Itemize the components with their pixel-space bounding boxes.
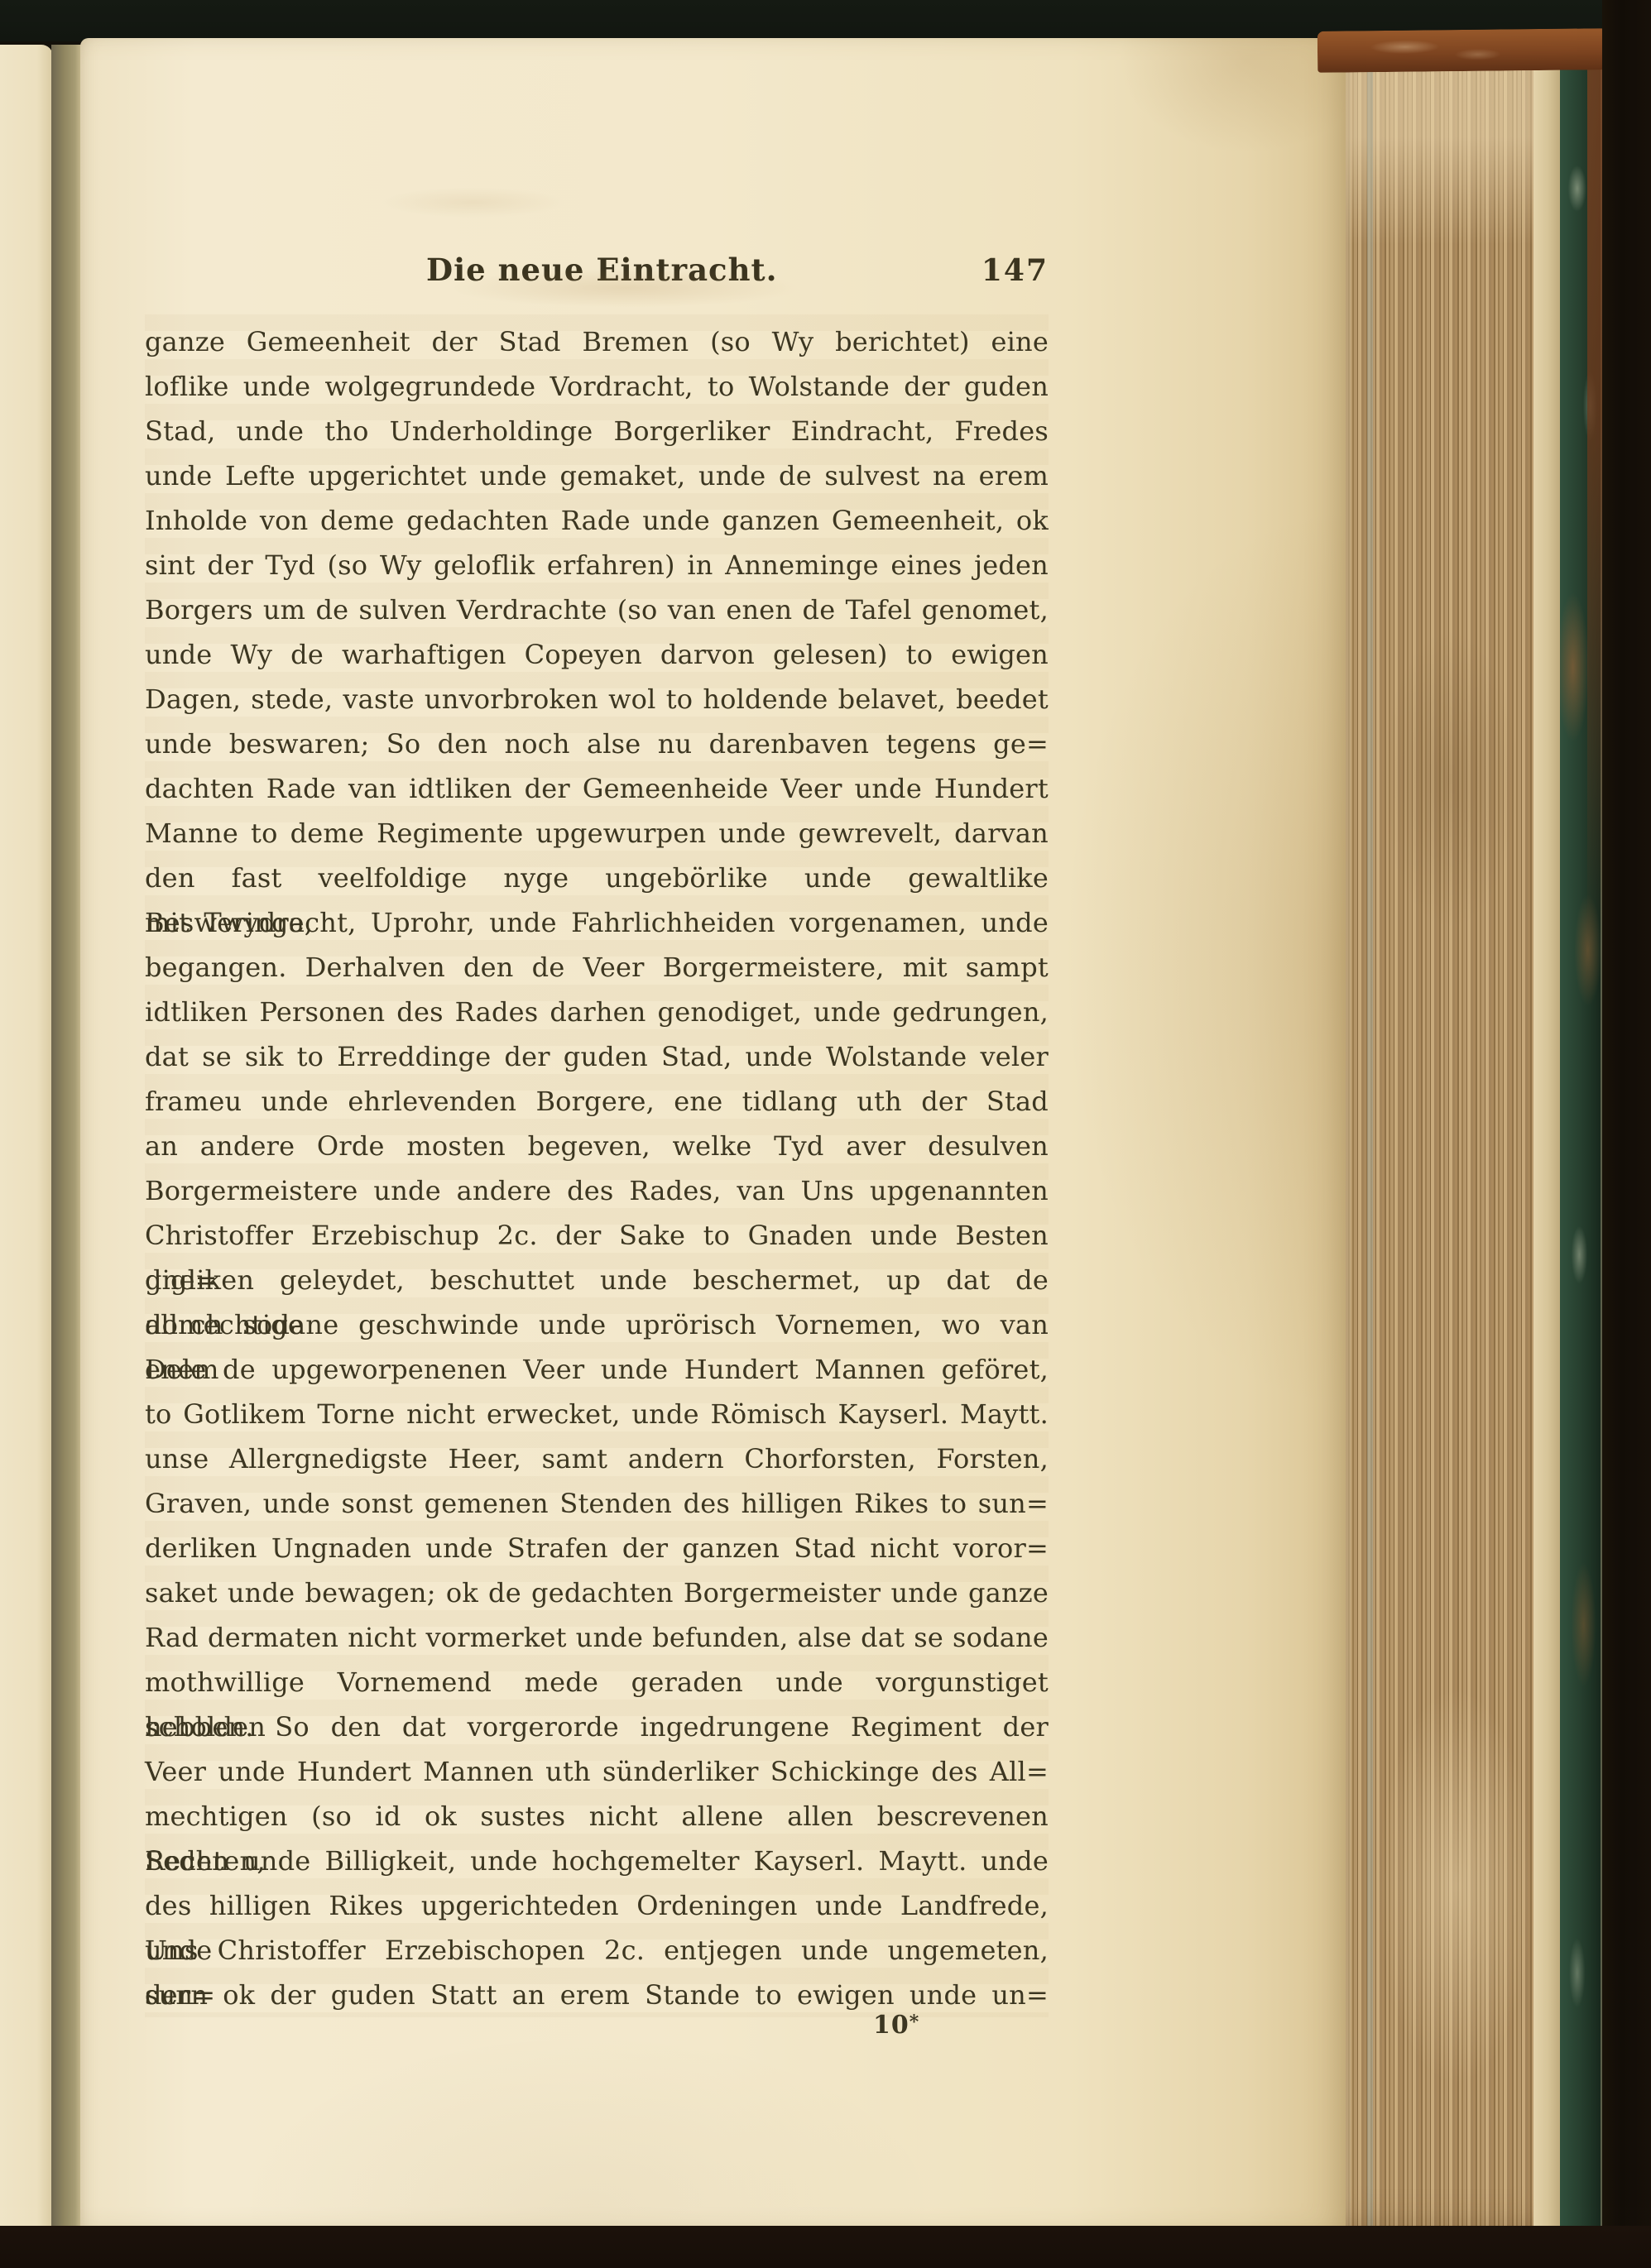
signature-mark: 10* <box>873 2011 919 2040</box>
text-line: digliken geleydet, beschuttet unde besch… <box>145 1258 1049 1302</box>
text-line: dachten Rade van idtliken der Gemeenheid… <box>145 766 1049 811</box>
text-line: derliken Ungnaden unde Strafen der ganze… <box>145 1526 1049 1570</box>
text-line: mechtigen (so id ok sustes nicht allene … <box>145 1794 1049 1839</box>
fore-edge-page-stack <box>1346 63 1536 2234</box>
text-line: den fast veelfoldige nyge ungebörlike un… <box>145 856 1049 900</box>
endpaper-edge <box>1533 63 1560 2234</box>
text-line: Seden unde Billigkeit, unde hochgemelter… <box>145 1839 1049 1883</box>
text-line: Veer unde Hundert Mannen uth sünderliker… <box>145 1749 1049 1794</box>
text-line: mothwillige Vornemend mede geraden unde … <box>145 1660 1049 1705</box>
body-text-block: ganze Gemeenheit der Stad Bremen (so Wy … <box>145 319 1049 2017</box>
page-sheet: Die neue Eintracht. 147 ganze Gemeenheit… <box>80 38 1348 2229</box>
text-line: Graven, unde sonst gemenen Stenden des h… <box>145 1481 1049 1526</box>
text-line: Dele de upgeworpenenen Veer unde Hundert… <box>145 1347 1049 1392</box>
background-right-band <box>1602 0 1651 2268</box>
text-line: loflike unde wolgegrundede Vordracht, to… <box>145 364 1049 409</box>
text-line: sint der Tyd (so Wy geloflik erfahren) i… <box>145 543 1049 587</box>
text-line: unde beswaren; So den noch alse nu daren… <box>145 722 1049 766</box>
text-line: begangen. Derhalven den de Veer Borgerme… <box>145 945 1049 990</box>
text-line: unde Lefte upgerichtet unde gemaket, und… <box>145 453 1049 498</box>
background-bottom-band <box>0 2226 1651 2268</box>
page-title: Die neue Eintracht. <box>426 252 777 288</box>
text-line: unde Wy de warhaftigen Copeyen darvon ge… <box>145 632 1049 677</box>
signature-number: 10 <box>873 2011 909 2040</box>
text-line: frameu unde ehrlevenden Borgere, ene tid… <box>145 1079 1049 1124</box>
leather-cover-top-edge <box>1317 28 1610 73</box>
page-number: 147 <box>981 253 1049 288</box>
text-line: saket unde bewagen; ok de gedachten Borg… <box>145 1570 1049 1615</box>
running-header: Die neue Eintracht. 147 <box>145 252 1049 301</box>
text-line: mit Twydracht, Uprohr, unde Fahrlichheid… <box>145 900 1049 945</box>
gutter-shadow <box>51 45 81 2229</box>
text-line: unse Allergnedigste Heer, samt andern Ch… <box>145 1436 1049 1481</box>
text-line: Uns Christoffer Erzebischopen 2c. entjeg… <box>145 1928 1049 1973</box>
text-line: Borgers um de sulven Verdrachte (so van … <box>145 587 1049 632</box>
text-line: dorch sodane geschwinde unde uprörisch V… <box>145 1302 1049 1347</box>
text-line: to Gotlikem Torne nicht erwecket, unde R… <box>145 1392 1049 1436</box>
signature-star: * <box>909 2011 920 2033</box>
text-line: Dagen, stede, vaste unvorbroken wol to h… <box>145 677 1049 722</box>
text-line: ganze Gemeenheit der Stad Bremen (so Wy … <box>145 319 1049 364</box>
text-line: Borgermeistere unde andere des Rades, va… <box>145 1168 1049 1213</box>
text-line: an andere Orde mosten begeven, welke Tyd… <box>145 1124 1049 1168</box>
book-scan-photo: Die neue Eintracht. 147 ganze Gemeenheit… <box>0 0 1651 2268</box>
text-line: idtliken Personen des Rades darhen genod… <box>145 990 1049 1034</box>
text-line: Manne to deme Regimente upgewurpen unde … <box>145 811 1049 856</box>
text-line: hebben. So den dat vorgerorde ingedrunge… <box>145 1705 1049 1749</box>
text-line: Inholde von deme gedachten Rade unde gan… <box>145 498 1049 543</box>
facing-page-edge <box>0 45 53 2229</box>
text-line: Stad, unde tho Underholdinge Borgerliker… <box>145 409 1049 453</box>
text-line: Christoffer Erzebischup 2c. der Sake to … <box>145 1213 1049 1258</box>
text-line: dat se sik to Erreddinge der guden Stad,… <box>145 1034 1049 1079</box>
text-line: Rad dermaten nicht vormerket unde befund… <box>145 1615 1049 1660</box>
text-line: des hilligen Rikes upgerichteden Ordenin… <box>145 1883 1049 1928</box>
